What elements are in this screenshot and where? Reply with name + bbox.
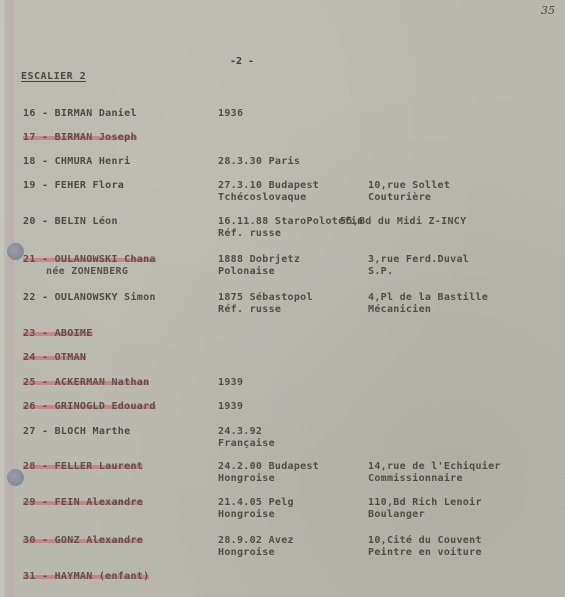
- address-line: 10,Cité du Couvent: [368, 535, 482, 547]
- entry-birth-info: 24.2.00 BudapestHongroise: [218, 461, 319, 485]
- birth-line: 28.9.02 Avez: [218, 535, 294, 547]
- folio-number: 35: [541, 4, 555, 17]
- birth-line: 1939: [218, 401, 243, 413]
- address-line: 14,rue de l'Echiquier: [368, 461, 501, 473]
- entry-name: 16 - BIRMAN Daniel: [23, 108, 137, 120]
- birth-line: Tchécoslovaque: [218, 192, 319, 204]
- address-line: 110,Bd Rich Lenoir: [368, 497, 482, 509]
- entry-name-line: 17 - BIRMAN Joseph: [23, 132, 137, 144]
- address-line: 4,Pl de la Bastille: [368, 292, 488, 304]
- entry-name: 27 - BLOCH Marthe: [23, 426, 130, 438]
- entry-birth-info: 21.4.05 PelgHongroise: [218, 497, 294, 521]
- entry-address: 10,Cité du CouventPeintre en voiture: [368, 535, 482, 559]
- birth-line: Réf. russe: [218, 228, 363, 240]
- entry-name-struck: 24 - OTMAN: [23, 352, 86, 364]
- entry-name-struck: 28 - FELLER Laurent: [23, 461, 143, 473]
- birth-line: Hongroise: [218, 547, 294, 559]
- birth-line: 27.3.10 Budapest: [218, 180, 319, 192]
- entry-birth-info: 28.9.02 AvezHongroise: [218, 535, 294, 559]
- entry-birth-info: 1875 SébastopolRéf. russe: [218, 292, 313, 316]
- birth-line: 28.3.30 Paris: [218, 156, 300, 168]
- entry-name-line: 25 - ACKERMAN Nathan: [23, 377, 149, 389]
- entry-name-struck: 30 - GONZ Alexandre: [23, 535, 143, 547]
- address-line: Peintre en voiture: [368, 547, 482, 559]
- entry-name-struck: 29 - FEIN Alexandre: [23, 497, 143, 509]
- birth-line: 1939: [218, 377, 243, 389]
- entry-name-line: 26 - GRINOGLD Edouard: [23, 401, 156, 413]
- margin-stripe: [7, 0, 14, 597]
- birth-line: 1875 Sébastopol: [218, 292, 313, 304]
- entry-name: 18 - CHMURA Henri: [23, 156, 130, 168]
- entry-name: 22 - OULANOWSKY Simon: [23, 292, 156, 304]
- birth-line: Hongroise: [218, 509, 294, 521]
- birth-line: 21.4.05 Pelg: [218, 497, 294, 509]
- birth-line: Hongroise: [218, 473, 319, 485]
- entry-name-line: 21 - OULANOWSKI Chana: [23, 254, 156, 266]
- address-line: 10,rue Sollet: [368, 180, 450, 192]
- entry-name-line: 24 - OTMAN: [23, 352, 86, 364]
- document-page: 35 -2 - ESCALIER 2 16 - BIRMAN Daniel193…: [0, 0, 565, 597]
- entry-name-line: 30 - GONZ Alexandre: [23, 535, 143, 547]
- entry-birth-info: 28.3.30 Paris: [218, 156, 300, 168]
- entry-birth-info: 1936: [218, 108, 243, 120]
- birth-line: 1888 Dobrjetz: [218, 254, 300, 266]
- address-line: Boulanger: [368, 509, 482, 521]
- entry-name-struck: 25 - ACKERMAN Nathan: [23, 377, 149, 389]
- entry-name-line: 29 - FEIN Alexandre: [23, 497, 143, 509]
- birth-line: 24.3.92: [218, 426, 275, 438]
- entry-name: 19 - FEHER Flora: [23, 180, 124, 192]
- address-line: 55,Bd du Midi Z-INCY: [340, 216, 466, 228]
- entry-name-line: 19 - FEHER Flora: [23, 180, 124, 192]
- entry-address: 3,rue Ferd.DuvalS.P.: [368, 254, 469, 278]
- entry-name-struck: 21 - OULANOWSKI Chananée ZONENBERG: [23, 254, 156, 278]
- address-line: 3,rue Ferd.Duval: [368, 254, 469, 266]
- entry-name-line: 22 - OULANOWSKY Simon: [23, 292, 156, 304]
- entry-birth-info: 1939: [218, 401, 243, 413]
- entry-name-line: 27 - BLOCH Marthe: [23, 426, 130, 438]
- entry-name-struck: 23 - ABOIME: [23, 328, 93, 340]
- page-number: -2 -: [230, 56, 254, 67]
- birth-line: Réf. russe: [218, 304, 313, 316]
- address-line: Couturière: [368, 192, 450, 204]
- entry-name-line: née ZONENBERG: [23, 266, 156, 278]
- entry-name-line: 23 - ABOIME: [23, 328, 93, 340]
- entry-name-line: 16 - BIRMAN Daniel: [23, 108, 137, 120]
- entry-birth-info: 27.3.10 BudapestTchécoslovaque: [218, 180, 319, 204]
- birth-line: 24.2.00 Budapest: [218, 461, 319, 473]
- entry-address: 4,Pl de la BastilleMécanicien: [368, 292, 488, 316]
- entry-name-line: 31 - HAYMAN (enfant): [23, 571, 149, 583]
- entry-birth-info: 1888 DobrjetzPolonaise: [218, 254, 300, 278]
- entry-name-struck: 31 - HAYMAN (enfant): [23, 571, 149, 583]
- punch-hole-icon: [7, 469, 24, 486]
- entry-name-struck: 26 - GRINOGLD Edouard: [23, 401, 156, 413]
- entry-birth-info: 24.3.92Française: [218, 426, 275, 450]
- entry-name-struck: 17 - BIRMAN Joseph: [23, 132, 137, 144]
- entry-address: 10,rue SolletCouturière: [368, 180, 450, 204]
- entry-name-line: 20 - BELIN Léon: [23, 216, 118, 228]
- birth-line: Française: [218, 438, 275, 450]
- birth-line: 1936: [218, 108, 243, 120]
- punch-hole-icon: [7, 243, 24, 260]
- entry-name-line: 28 - FELLER Laurent: [23, 461, 143, 473]
- entry-name: 20 - BELIN Léon: [23, 216, 118, 228]
- address-line: S.P.: [368, 266, 469, 278]
- entry-address: 14,rue de l'EchiquierCommissionnaire: [368, 461, 501, 485]
- section-title: ESCALIER 2: [21, 71, 86, 82]
- entry-address: 110,Bd Rich LenoirBoulanger: [368, 497, 482, 521]
- entry-birth-info: 1939: [218, 377, 243, 389]
- entry-address: 55,Bd du Midi Z-INCY: [340, 216, 466, 228]
- birth-line: Polonaise: [218, 266, 300, 278]
- paper-edge: [0, 0, 4, 597]
- entry-name-line: 18 - CHMURA Henri: [23, 156, 130, 168]
- address-line: Commissionnaire: [368, 473, 501, 485]
- address-line: Mécanicien: [368, 304, 488, 316]
